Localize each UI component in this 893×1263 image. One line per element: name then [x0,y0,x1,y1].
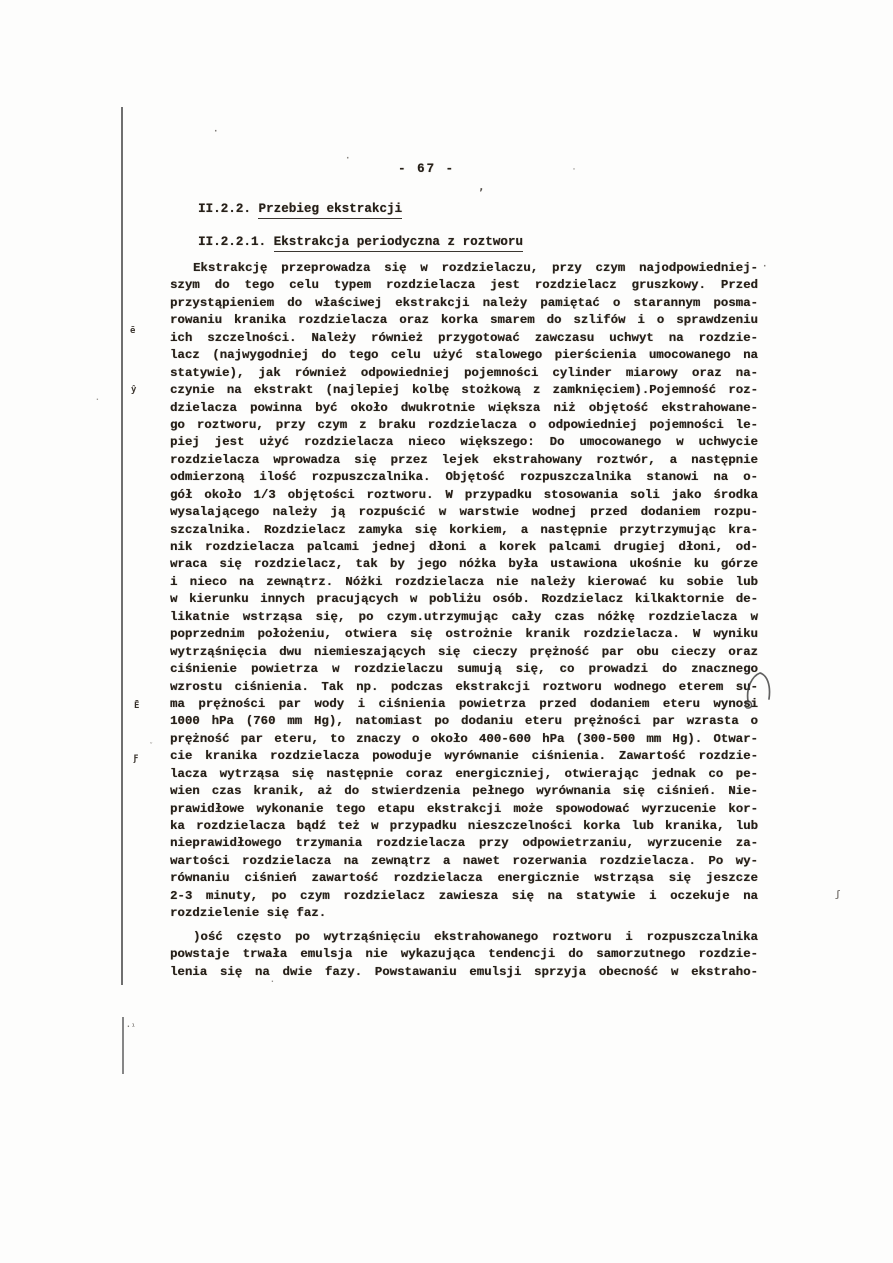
section-number: II.2.2.1. [198,235,274,249]
text-line: 2-3 minuty, po czym rozdzielacz zawiesza… [170,888,758,905]
text-line: wraca się rozdzielacz, tak by jego nóżka… [170,556,758,573]
text-line: Ekstrakcję przeprowadza się w rozdzielac… [170,260,758,277]
section-number: II.2.2. [198,202,258,216]
scan-speck: , [478,180,485,193]
text-line: rowaniu kranika rozdzielacza oraz korka … [170,312,758,329]
text-line: przystąpieniem do właściwej ekstrakcji n… [170,295,758,312]
text-line: lenia się na dwie fazy. Powstawaniu emul… [170,964,758,981]
scan-speck: ·¹ [126,1022,136,1031]
section-heading: II.2.2.1. Ekstrakcja periodyczna z roztw… [198,235,523,249]
text-line: lacza wytrząsa się następnie coraz energ… [170,766,758,783]
text-line: wzrostu ciśnienia. Tak np. podczas ekstr… [170,679,758,696]
text-line: prężność par eteru, to znaczy o około 40… [170,731,758,748]
text-line: czynie na ekstrakt (najlepiej kolbę stoż… [170,382,758,399]
text-line: ma prężności par wody i ciśnienia powiet… [170,696,758,713]
text-line: ciśnienie powietrza w rozdzielaczu sumuj… [170,661,758,678]
text-line: i nieco na zewnątrz. Nóżki rozdzielacza … [170,574,758,591]
text-line: powstaje trwała emulsja nie wykazująca t… [170,946,758,963]
scan-speck: Ƒ [133,754,138,764]
text-line: poprzednim położeniu, otwiera się ostroż… [170,626,758,643]
scan-speck: Ē [134,701,139,711]
section-title: Ekstrakcja periodyczna z roztworu [274,235,523,252]
scan-speck: ŷ [131,385,136,395]
scan-speck: · [213,127,218,137]
pen-squiggle [741,666,779,710]
text-line: wysalającego należy ją rozpuścić w warst… [170,504,758,521]
text-line: wien czas kranik, aż do stwierdzenia peł… [170,783,758,800]
section-title: Przebieg ekstrakcji [258,202,402,219]
scan-edge-line [121,107,123,985]
scan-speck: · [345,154,350,164]
text-line: lacz (najwygodniej do tego celu użyć sta… [170,347,758,364]
scan-speck: ʃ [835,890,840,900]
text-line: ka rozdzielacza bądź też w przypadku nie… [170,818,758,835]
text-line: rozdzielenie się faz. [170,905,758,922]
text-line: prawidłowe wykonanie tego etapu ekstrakc… [170,801,758,818]
text-line: szym do tego celu typem rozdzielacza jes… [170,277,758,294]
text-line: nik rozdzielacza palcami jednej dłoni a … [170,539,758,556]
text-line: szczalnika. Rozdzielacz zamyka się korki… [170,522,758,539]
text-line: w kierunku innych pracujących w pobliżu … [170,591,758,608]
text-line: odmierzoną ilość rozpuszczalnika. Objęto… [170,469,758,486]
page-number: - 67 - [398,162,455,176]
text-line: piej jest użyć rozdzielacza nieco większ… [170,434,758,451]
text-line: ich szczelności. Należy również przygoto… [170,330,758,347]
scan-speck: ᵕ [149,740,153,748]
document-page: - 67 - II.2.2. Przebieg ekstrakcjiII.2.2… [0,0,893,1263]
scan-edge-line-segment [122,1017,124,1074]
scan-speck: · [95,395,100,404]
text-line: równaniu ciśnień zawartość rozdzielacza … [170,870,758,887]
body-text: Ekstrakcję przeprowadza się w rozdzielac… [170,260,758,981]
section-heading: II.2.2. Przebieg ekstrakcji [198,202,402,216]
text-line: wartości rozdzielacza na zewnątrz a nawe… [170,853,758,870]
text-line: wytrząśnięcia dwu niemieszających się ci… [170,644,758,661]
scan-speck: ˙ [571,168,577,179]
scan-speck: ē [130,326,135,336]
text-line: nieprawidłowego trzymania rozdzielacza p… [170,835,758,852]
text-line: likatnie wstrząsa się, po czym.utrzymują… [170,609,758,626]
scan-speck: · [762,262,767,272]
text-line: rozdzielacza wprowadza się przez lejek e… [170,452,758,469]
scan-speck: · [270,977,275,986]
text-line: gół około 1/3 objętości roztworu. W przy… [170,487,758,504]
text-line: 1000 hPa (760 mm Hg), natomiast po dodan… [170,713,758,730]
text-line: dzielacza powinna być około dwukrotnie w… [170,400,758,417]
text-line: go roztworu, przy czym z braku rozdziela… [170,417,758,434]
text-line: statywie), jak również odpowiedniej poje… [170,365,758,382]
text-line: )ość często po wytrząśnięciu ekstrahowan… [170,929,758,946]
text-line: cie kranika rozdzielacza powoduje wyrówn… [170,748,758,765]
